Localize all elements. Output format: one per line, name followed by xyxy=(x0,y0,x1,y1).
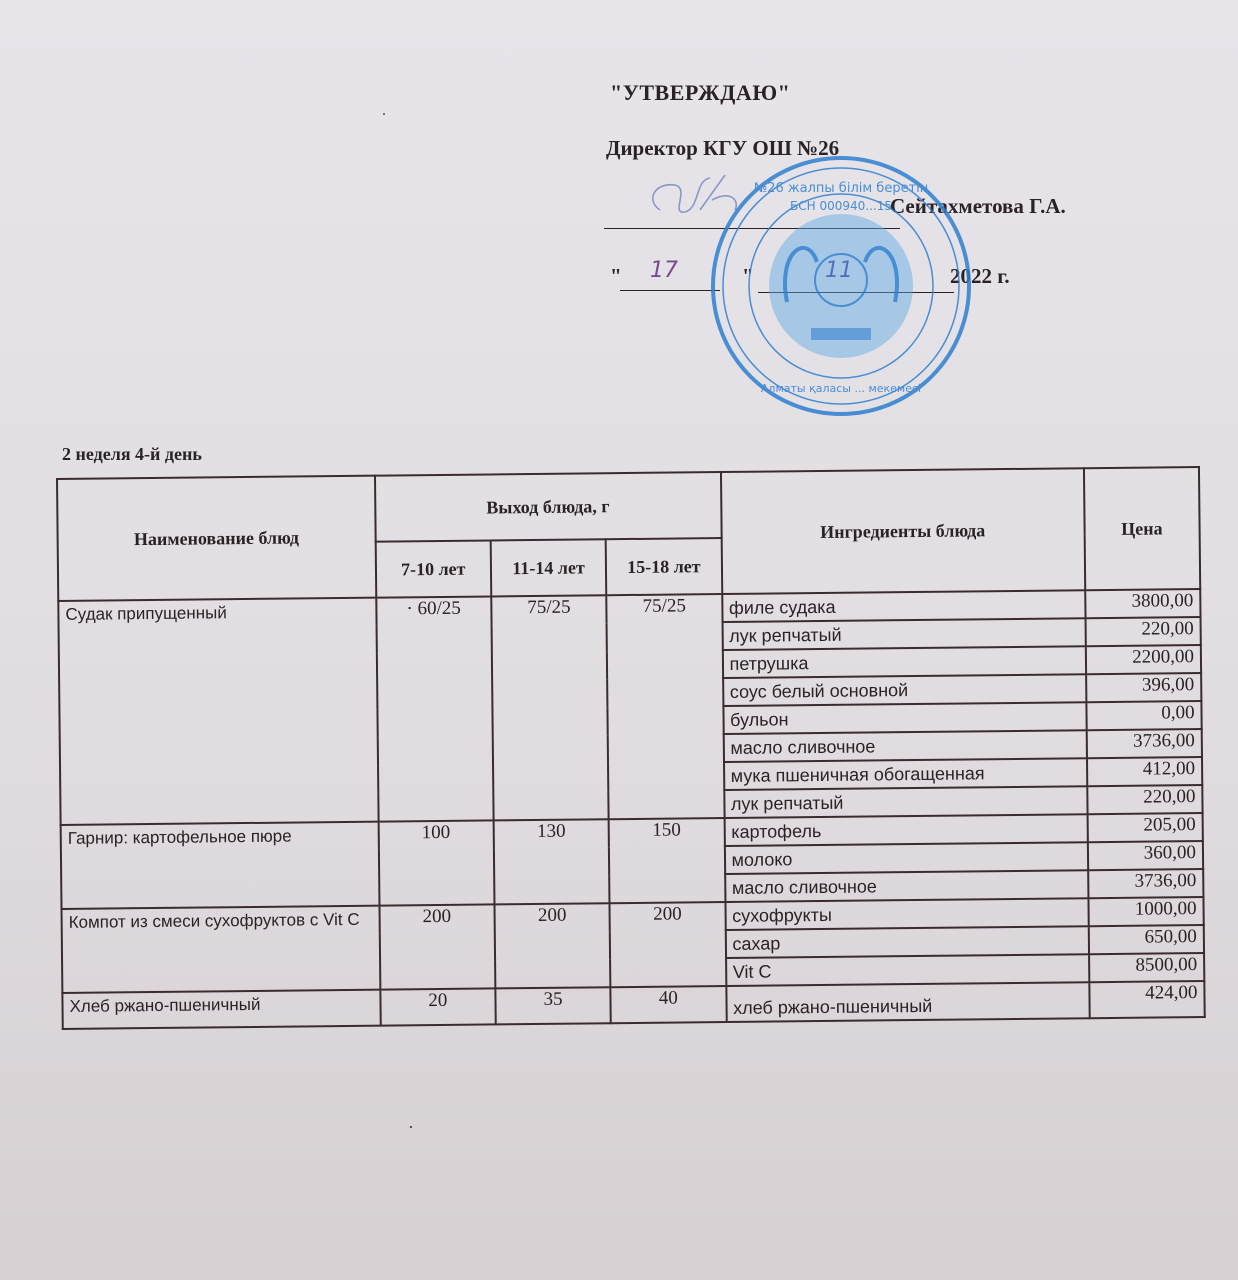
dish-name: Судак припущенный xyxy=(58,598,378,825)
ingredient-name: филе судака xyxy=(722,590,1085,622)
header-ingredients: Ингредиенты блюда xyxy=(721,468,1085,594)
ingredient-price: 220,00 xyxy=(1087,785,1203,814)
menu-day-title: 2 неделя 4-й день xyxy=(62,444,202,465)
ingredient-name: петрушка xyxy=(722,646,1085,678)
header-age-15-18: 15-18 лет xyxy=(606,538,722,595)
ingredient-price: 1000,00 xyxy=(1088,897,1204,926)
quote-open: " xyxy=(610,264,622,289)
svg-text:Алматы қаласы ... мекемесі: Алматы қаласы ... мекемесі xyxy=(761,382,921,395)
ingredient-name: соус белый основной xyxy=(723,674,1086,706)
ingredient-price: 360,00 xyxy=(1088,841,1204,870)
ingredient-name: мука пшеничная обогащенная xyxy=(724,758,1087,790)
ingredient-name: хлеб ржано-пшеничный xyxy=(726,982,1089,1022)
dish-name: Хлеб ржано-пшеничный xyxy=(62,990,380,1029)
dish-yield: 20 xyxy=(380,988,496,1025)
ingredient-price: 412,00 xyxy=(1087,757,1203,786)
ingredient-name: Vit C xyxy=(726,954,1089,986)
ingredient-name: молоко xyxy=(724,842,1087,874)
dish-yield: 150 xyxy=(609,818,725,903)
ingredient-name: картофель xyxy=(724,814,1087,846)
ingredient-price: 650,00 xyxy=(1088,925,1204,954)
dish-yield: 100 xyxy=(378,820,494,905)
ingredient-name: масло сливочное xyxy=(725,870,1088,902)
ingredient-price: 2200,00 xyxy=(1085,645,1201,674)
header-age-11-14: 11-14 лет xyxy=(491,540,607,597)
ingredient-price: 0,00 xyxy=(1086,701,1202,730)
ingredient-name: бульон xyxy=(723,702,1086,734)
dish-yield: 130 xyxy=(494,819,610,904)
ingredient-name: лук репчатый xyxy=(724,786,1087,818)
ingredient-price: 3736,00 xyxy=(1088,869,1204,898)
ingredient-price: 3800,00 xyxy=(1085,589,1201,618)
ingredient-price: 424,00 xyxy=(1089,981,1205,1018)
paper-speck xyxy=(383,113,385,115)
svg-text:БСН 000940...15: БСН 000940...15 xyxy=(790,199,892,213)
ingredient-name: сахар xyxy=(725,926,1088,958)
header-price: Цена xyxy=(1084,467,1201,590)
day-line xyxy=(620,290,720,291)
dish-yield: 75/25 xyxy=(606,594,724,819)
ingredient-price: 205,00 xyxy=(1087,813,1203,842)
dish-yield: 40 xyxy=(611,986,727,1023)
dish-yield: 200 xyxy=(494,903,610,988)
official-stamp-icon: №26 жалпы білім беретін БСН 000940...15 … xyxy=(707,152,975,420)
dish-yield: 200 xyxy=(379,904,495,989)
svg-text:№26 жалпы білім беретін: №26 жалпы білім беретін xyxy=(754,181,929,196)
header-age-7-10: 7-10 лет xyxy=(375,541,491,598)
menu-body: Судак припущенный· 60/2575/2575/25филе с… xyxy=(58,589,1204,1029)
menu-table: Наименование блюд Выход блюда, г Ингреди… xyxy=(56,466,1206,1030)
ingredient-name: сухофрукты xyxy=(725,898,1088,930)
approval-title: "УТВЕРЖДАЮ" xyxy=(610,80,790,106)
handwritten-day: 17 xyxy=(650,258,678,283)
ingredient-price: 220,00 xyxy=(1085,617,1201,646)
dish-yield: 200 xyxy=(610,902,726,987)
header-yield: Выход блюда, г xyxy=(375,472,722,542)
header-dish: Наименование блюд xyxy=(57,476,376,601)
ingredient-price: 3736,00 xyxy=(1086,729,1202,758)
paper-speck xyxy=(410,1126,412,1128)
dish-name: Компот из смеси сухофруктов с Vit C xyxy=(62,906,380,993)
ingredient-price: 396,00 xyxy=(1086,673,1202,702)
dish-yield: 35 xyxy=(495,987,611,1024)
ingredient-name: масло сливочное xyxy=(723,730,1086,762)
dish-name: Гарнир: картофельное пюре xyxy=(61,822,379,909)
dish-yield: · 60/25 xyxy=(376,596,494,821)
ingredient-name: лук репчатый xyxy=(722,618,1085,650)
ingredient-price: 8500,00 xyxy=(1089,953,1205,982)
dish-yield: 75/25 xyxy=(491,595,609,820)
